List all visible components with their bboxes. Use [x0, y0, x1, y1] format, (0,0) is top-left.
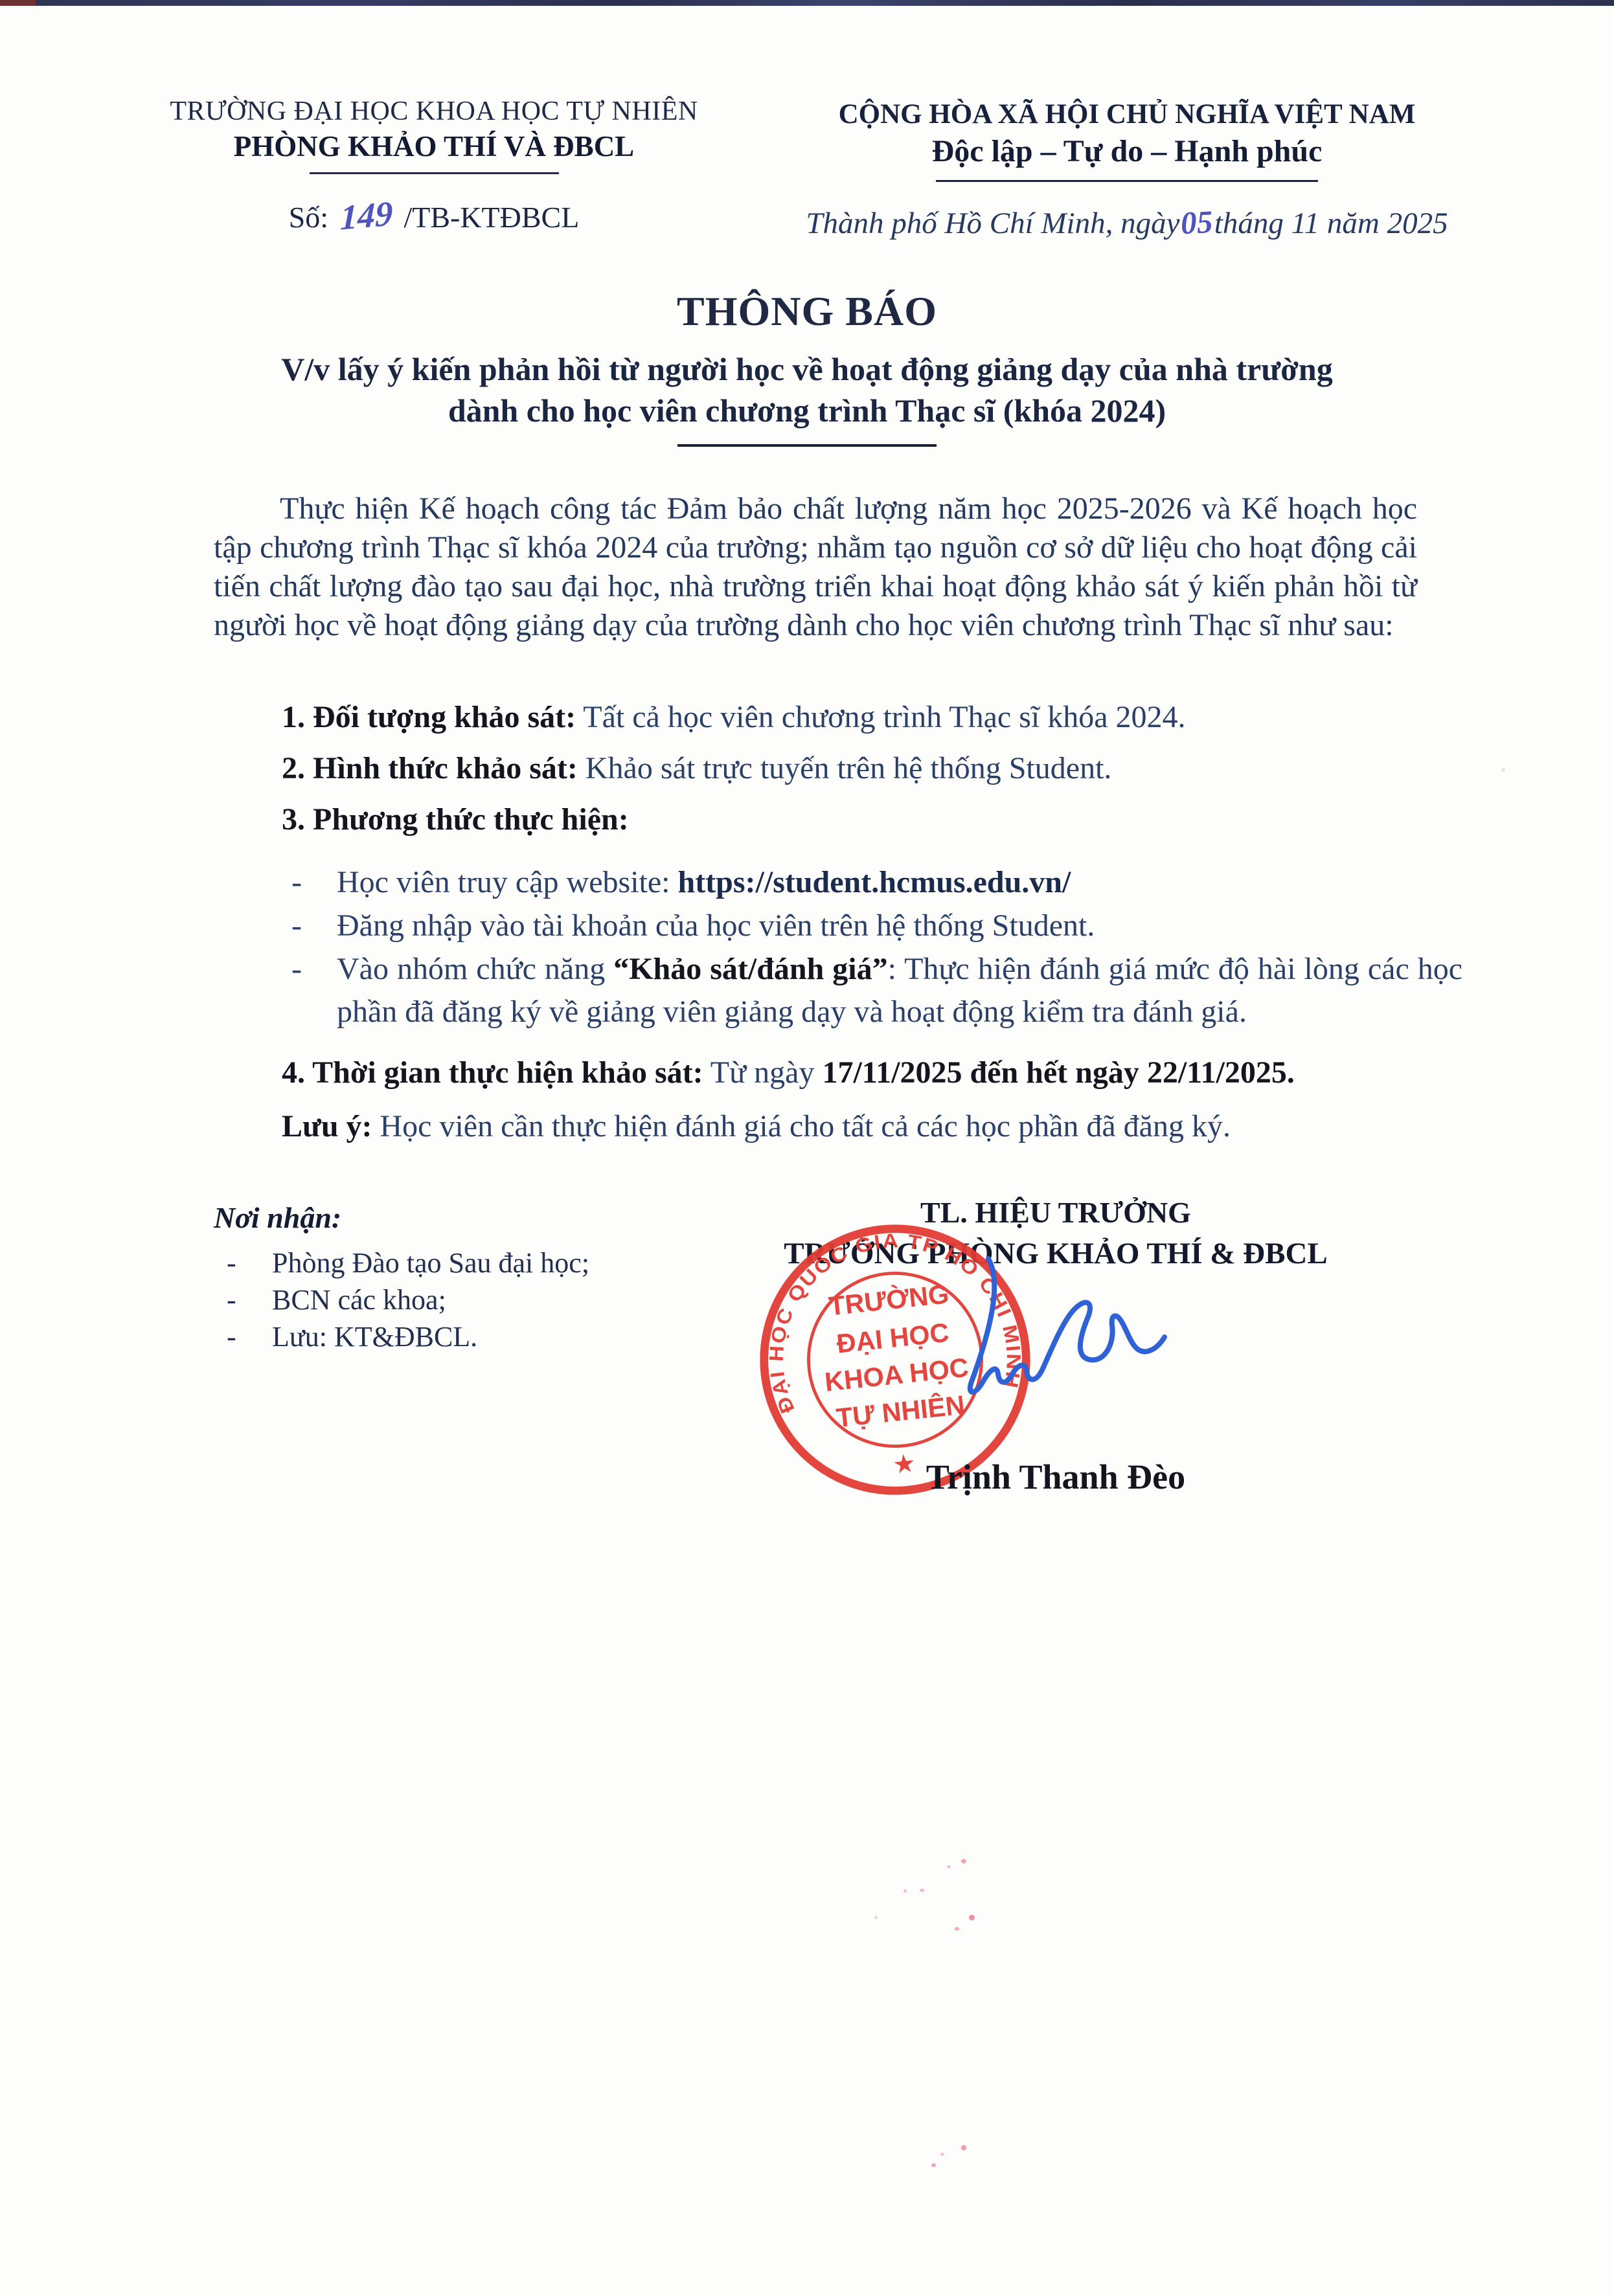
recipient-item-text: BCN các khoa;: [272, 1284, 446, 1316]
national-header-block: CỘNG HÒA XÃ HỘI CHỦ NGHĨA VIỆT NAM Độc l…: [771, 97, 1483, 182]
ink-speck: [955, 1927, 959, 1931]
day-handwritten: 05: [1179, 206, 1215, 240]
item-1-text: Tất cả học viên chương trình Thạc sĩ khó…: [583, 700, 1185, 734]
bullet-dash: -: [227, 1244, 272, 1281]
ink-speck: [920, 1889, 924, 1892]
item-1: 1. Đối tượng khảo sát: Tất cả học viên c…: [282, 699, 1418, 736]
note-label: Lưu ý:: [282, 1109, 372, 1143]
recipient-item: -Lưu: KT&ĐBCL.: [227, 1318, 810, 1355]
scanned-document-page: TRƯỜNG ĐẠI HỌC KHOA HỌC TỰ NHIÊN PHÒNG K…: [0, 0, 1614, 2296]
ink-speck: [961, 2145, 966, 2150]
subtitle-line1: V/v lấy ý kiến phản hồi từ người học về …: [130, 348, 1484, 390]
bullet-dash: -: [291, 861, 337, 904]
bullet-survey-pre: Vào nhóm chức năng: [337, 952, 605, 986]
bullet-login: -Đăng nhập vào tài khoản của học viên tr…: [291, 905, 1462, 947]
org-name: TRƯỜNG ĐẠI HỌC KHOA HỌC TỰ NHIÊN: [110, 95, 758, 128]
org-department: PHÒNG KHẢO THÍ VÀ ĐBCL: [110, 128, 758, 164]
document-title: THÔNG BÁO: [0, 287, 1614, 335]
recipient-item-text: Phòng Đào tạo Sau đại học;: [272, 1247, 589, 1279]
place-date-line: Thành phố Hồ Chí Minh, ngày05tháng 11 nă…: [758, 206, 1496, 241]
item-4: 4. Thời gian thực hiện khảo sát: Từ ngày…: [282, 1055, 1418, 1091]
recipients-list: -Phòng Đào tạo Sau đại học; -BCN các kho…: [227, 1244, 810, 1355]
subtitle-line2: dành cho học viên chương trình Thạc sĩ (…: [130, 390, 1484, 431]
national-motto: Độc lập – Tự do – Hạnh phúc: [771, 132, 1483, 171]
item-4-pre: Từ ngày: [710, 1055, 815, 1090]
item-3-label: 3. Phương thức thực hiện:: [282, 802, 629, 837]
item-2: 2. Hình thức khảo sát: Khảo sát trực tuy…: [282, 750, 1418, 787]
doc-number-handwritten: 149: [335, 196, 396, 236]
dust-speck: [1501, 768, 1505, 772]
ink-speck: [940, 2153, 944, 2155]
signature-stroke: [970, 1259, 1165, 1392]
bullet-dash: -: [291, 905, 337, 947]
ink-speck: [904, 1889, 907, 1893]
handwritten-signature: [931, 1255, 1190, 1417]
intro-paragraph: Thực hiện Kế hoạch công tác Đảm bảo chất…: [214, 490, 1417, 645]
ink-speck: [931, 2163, 936, 2167]
title-underline: [677, 444, 937, 447]
motto-underline: [936, 180, 1318, 182]
item-4-dates: 17/11/2025 đến hết ngày 22/11/2025.: [822, 1055, 1294, 1090]
doc-number-prefix: Số:: [289, 201, 328, 234]
note-line: Lưu ý: Học viên cần thực hiện đánh giá c…: [282, 1109, 1418, 1145]
bullet-login-text: Đăng nhập vào tài khoản của học viên trê…: [337, 908, 1095, 943]
recipient-item: -BCN các khoa;: [227, 1281, 810, 1318]
bullet-website-text: Học viên truy cập website:: [337, 865, 670, 899]
ink-speck: [947, 1865, 951, 1868]
item-4-label: 4. Thời gian thực hiện khảo sát:: [282, 1055, 703, 1090]
bullet-dash: -: [291, 948, 337, 991]
issuing-org-block: TRƯỜNG ĐẠI HỌC KHOA HỌC TỰ NHIÊN PHÒNG K…: [110, 95, 758, 174]
doc-number-suffix: /TB-KTĐBCL: [403, 201, 579, 234]
ink-speck: [969, 1915, 975, 1920]
signer-name: Trịnh Thanh Đèo: [881, 1457, 1231, 1497]
place-date-prefix: Thành phố Hồ Chí Minh, ngày: [806, 207, 1179, 240]
recipient-item-text: Lưu: KT&ĐBCL.: [272, 1321, 477, 1353]
website-url: https://student.hcmus.edu.vn/: [678, 865, 1071, 899]
document-number-line: Số: 149 /TB-KTĐBCL: [110, 198, 758, 234]
recipient-item: -Phòng Đào tạo Sau đại học;: [227, 1244, 810, 1281]
scanner-edge-artifact: [0, 0, 1614, 6]
bullet-website: -Học viên truy cập website: https://stud…: [291, 861, 1462, 904]
bullet-dash: -: [227, 1318, 272, 1355]
bullet-survey-function: -Vào nhóm chức năng “Khảo sát/đánh giá”:…: [291, 948, 1462, 1033]
recipients-title: Nơi nhận:: [214, 1200, 667, 1235]
item-2-label: 2. Hình thức khảo sát:: [282, 751, 578, 785]
item-2-text: Khảo sát trực tuyến trên hệ thống Studen…: [585, 751, 1112, 785]
bullet-survey-bold: “Khảo sát/đánh giá”: [613, 952, 887, 986]
place-date-suffix: tháng 11 năm 2025: [1214, 207, 1448, 240]
bullet-dash: -: [227, 1281, 272, 1318]
dust-speck: [874, 1916, 878, 1919]
ink-speck: [961, 1859, 966, 1863]
org-underline: [310, 172, 559, 174]
note-text: Học viên cần thực hiện đánh giá cho tất …: [380, 1109, 1231, 1143]
national-title: CỘNG HÒA XÃ HỘI CHỦ NGHĨA VIỆT NAM: [771, 97, 1483, 132]
item-3: 3. Phương thức thực hiện:: [282, 802, 1418, 838]
item-1-label: 1. Đối tượng khảo sát:: [282, 700, 576, 734]
document-subtitle: V/v lấy ý kiến phản hồi từ người học về …: [130, 348, 1484, 431]
